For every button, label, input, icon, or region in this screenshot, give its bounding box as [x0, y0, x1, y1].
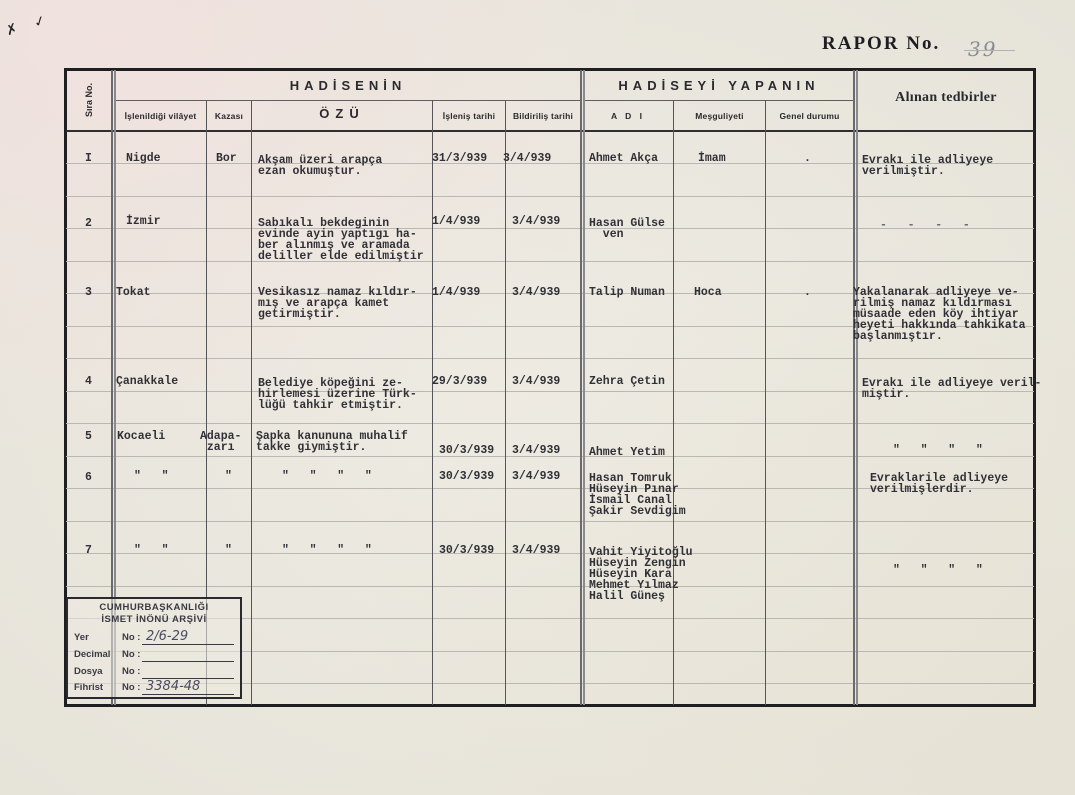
row-7-no: 7 [85, 545, 92, 556]
row-7-adi: Vahit Yiyitoğlu Hüseyin Zengin Hüseyin K… [589, 547, 693, 602]
row-3-no: 3 [85, 287, 92, 298]
stamp-no-label: No : [122, 649, 140, 660]
column-divider [432, 100, 433, 705]
report-title: RAPOR No. [822, 33, 940, 55]
report-number: 39 [968, 37, 997, 61]
row-1-durum: . [804, 153, 811, 164]
header-mesguliyeti: Meşguliyeti [674, 111, 765, 121]
column-divider [765, 100, 766, 705]
row-2-vilayet: İzmir [126, 216, 161, 227]
stamp-field-dosya: Dosya No : [74, 666, 234, 680]
row-4-tedbir: Evrakı ile adliyeye veril- miştir. [862, 378, 1041, 400]
stamp-no-label: No : [122, 682, 140, 693]
row-5-ozu: Şapka kanununa muhalif takke giymiştir. [256, 431, 408, 453]
row-2-islenis: 1/4/939 [432, 216, 480, 227]
row-5-tedbir: " " " " [893, 445, 983, 456]
ruled-line [66, 423, 1034, 424]
row-7-tedbir: " " " " [893, 565, 983, 576]
row-4-ozu: Belediye köpeğini ze- hirlemesi üzerine … [258, 378, 417, 411]
header-sira-no: Sıra No. [66, 72, 112, 128]
row-5-adi: Ahmet Yetim [589, 447, 665, 458]
row-5-no: 5 [85, 431, 92, 442]
row-3-tedbir: Yakalanarak adliyeye ve- rilmiş namaz kı… [853, 287, 1026, 342]
header-bildirilis-tarihi: Bildiriliş tarihi [506, 111, 580, 121]
row-3-ozu: Vesikasız namaz kıldır- mış ve arapça ka… [258, 287, 417, 320]
stamp-value: 3384-48 [142, 682, 234, 695]
ruled-line [66, 586, 1034, 587]
row-2-tedbir: - - - - [880, 220, 970, 231]
stamp-no-label: No : [122, 632, 140, 643]
stamp-field-fihrist: Fihrist No : 3384-48 [74, 682, 234, 696]
row-7-ozu: " " " " [282, 545, 372, 556]
header-adi: A D I [583, 111, 673, 121]
stamp-field-decimal: Decimal No : [74, 649, 234, 663]
column-divider [251, 100, 252, 705]
row-4-no: 4 [85, 376, 92, 387]
row-1-ozu: Akşam üzeri arapça ezan okumuştur. [258, 155, 382, 177]
row-2-no: 2 [85, 218, 92, 229]
row-4-bildirilis: 3/4/939 [512, 376, 560, 387]
header-genel-durumu: Genel durumu [766, 111, 853, 121]
stamp-label: Fihrist [74, 682, 103, 693]
header-alinan-tedbirler: Alınan tedbirler [857, 90, 1035, 106]
header-islenis-tarihi: İşleniş tarihi [433, 111, 505, 121]
row-1-adi: Ahmet Akça [589, 153, 658, 164]
ruled-line [66, 196, 1034, 197]
row-6-no: 6 [85, 472, 92, 483]
row-7-bildirilis: 3/4/939 [512, 545, 560, 556]
row-7-kaza: " [225, 545, 232, 556]
row-3-adi: Talip Numan [589, 287, 665, 298]
row-2-adi: Hasan Gülse ven [589, 218, 665, 240]
row-4-islenis: 29/3/939 [432, 376, 487, 387]
row-6-ozu: " " " " [282, 471, 372, 482]
column-divider [673, 100, 674, 705]
header-vilayet: İşlenildiği vilâyet [115, 111, 206, 121]
stamp-line-2: İSMET İNÖNÜ ARŞİVİ [68, 614, 240, 625]
stamp-value: 2/6-29 [142, 632, 234, 645]
row-1-islenis: 31/3/939 [432, 153, 487, 164]
row-1-bildirilis: 3/4/939 [503, 153, 551, 164]
row-6-kaza: " [225, 471, 232, 482]
row-6-tedbir: Evraklarile adliyeye verilmişlerdir. [870, 473, 1008, 495]
ruled-line [66, 358, 1034, 359]
stamp-label: Yer [74, 632, 89, 643]
row-3-bildirilis: 3/4/939 [512, 287, 560, 298]
stamp-label: Dosya [74, 666, 103, 677]
row-7-vilayet: " " [134, 545, 169, 556]
row-5-bildirilis: 3/4/939 [512, 445, 560, 456]
header-group-hadiseyi-yapanin: HADİSEYİ YAPANIN [583, 78, 855, 93]
stamp-value [142, 666, 234, 679]
row-4-vilayet: Çanakkale [116, 376, 178, 387]
stamp-label: Decimal [74, 649, 110, 660]
row-6-islenis: 30/3/939 [439, 471, 494, 482]
row-3-islenis: 1/4/939 [432, 287, 480, 298]
row-3-durum: . [804, 287, 811, 298]
header-divider [583, 100, 855, 101]
header-sira-no-label: Sıra No. [84, 83, 94, 117]
stamp-no-label: No : [122, 666, 140, 677]
row-6-vilayet: " " [134, 471, 169, 482]
header-group-hadisenin: HADİSENİN [115, 78, 581, 93]
column-divider [580, 70, 582, 705]
ruled-line [66, 521, 1034, 522]
row-6-adi: Hasan Tomruk Hüseyin Pınar İsmail Canal … [589, 473, 686, 517]
column-divider [853, 70, 855, 705]
stamp-value [142, 649, 234, 662]
row-5-islenis: 30/3/939 [439, 445, 494, 456]
row-2-ozu: Sabıkalı bekdeginin evinde ayin yaptıgı … [258, 218, 424, 262]
archive-stamp: CUMHURBAŞKANLIĞI İSMET İNÖNÜ ARŞİVİ Yer … [66, 597, 242, 699]
row-1-kaza: Bor [216, 153, 237, 164]
row-5-kaza: Adapa- zarı [200, 431, 241, 453]
row-7-islenis: 30/3/939 [439, 545, 494, 556]
row-1-no: I [85, 153, 92, 164]
row-5-vilayet: Kocaeli [117, 431, 165, 442]
row-1-tedbir: Evrakı ile adliyeye verilmiştir. [862, 155, 993, 177]
row-6-bildirilis: 3/4/939 [512, 471, 560, 482]
stamp-field-yer: Yer No : 2/6-29 [74, 632, 234, 646]
header-bottom-line [66, 130, 1034, 132]
row-1-meslek: İmam [698, 153, 726, 164]
corner-mark: ✓ [32, 12, 48, 31]
header-divider [115, 100, 581, 101]
row-1-vilayet: Nigde [126, 153, 161, 164]
corner-mark: ✗ [4, 20, 20, 39]
column-divider [505, 100, 506, 705]
row-3-meslek: Hoca [694, 287, 722, 298]
row-4-adi: Zehra Çetin [589, 376, 665, 387]
header-kazasi: Kazası [207, 111, 251, 121]
ruled-line [66, 261, 1034, 262]
row-2-bildirilis: 3/4/939 [512, 216, 560, 227]
header-ozu: ÖZÜ [252, 106, 432, 121]
stamp-line-1: CUMHURBAŞKANLIĞI [68, 602, 240, 613]
row-3-vilayet: Tokat [116, 287, 151, 298]
